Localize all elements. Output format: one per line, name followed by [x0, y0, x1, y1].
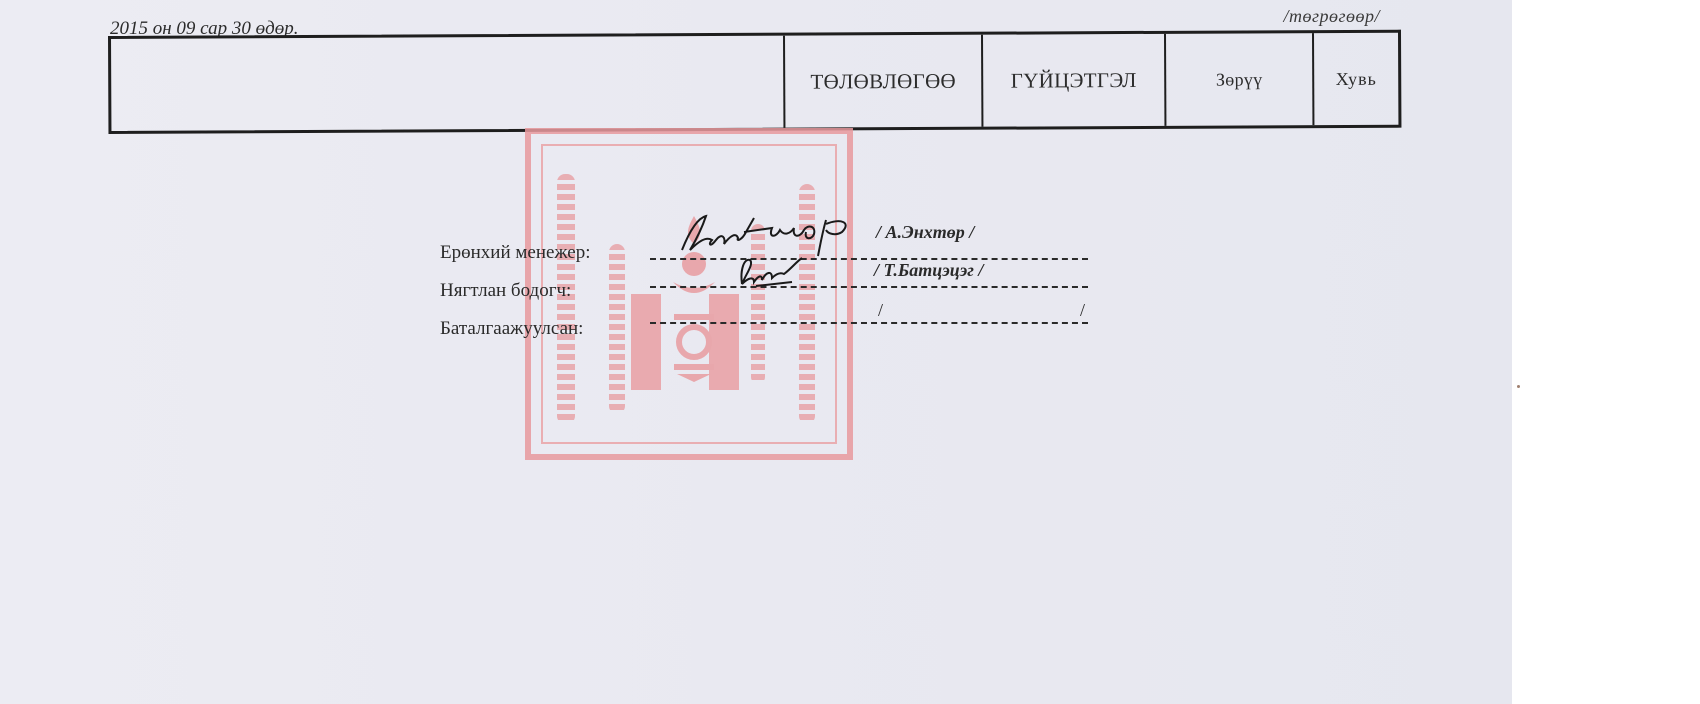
name-close-slash: / — [1080, 300, 1085, 321]
currency-note: /төгрөгөөр/ — [1283, 6, 1380, 27]
role-accountant: Нягтлан бодогч: — [440, 280, 571, 302]
stamp-script-column — [609, 244, 625, 414]
handwritten-signature-icon — [732, 252, 812, 294]
signature-line — [650, 322, 1088, 324]
scan-speck — [1517, 385, 1520, 388]
table-cell-label — [111, 36, 783, 131]
name-accountant: / Т.Батцэцэг / — [874, 260, 983, 281]
table-header-percent: Хувь — [1312, 33, 1398, 125]
role-verified: Баталгаажуулсан: — [440, 318, 583, 340]
official-stamp — [525, 128, 853, 460]
table-header-performance: ГҮЙЦЭТГЭЛ — [981, 34, 1164, 127]
table-header-difference: Зөрүү — [1164, 33, 1312, 126]
name-general-manager: / А.Энхтөр / — [876, 222, 974, 243]
signature-line — [650, 286, 1088, 288]
role-general-manager: Ерөнхий менежер: — [440, 242, 591, 264]
stamp-bar — [631, 294, 661, 390]
summary-table: ТӨЛӨВЛӨГӨӨ ГҮЙЦЭТГЭЛ Зөрүү Хувь — [108, 30, 1401, 134]
name-open-slash: / — [878, 300, 883, 321]
table-header-plan: ТӨЛӨВЛӨГӨӨ — [783, 35, 981, 128]
